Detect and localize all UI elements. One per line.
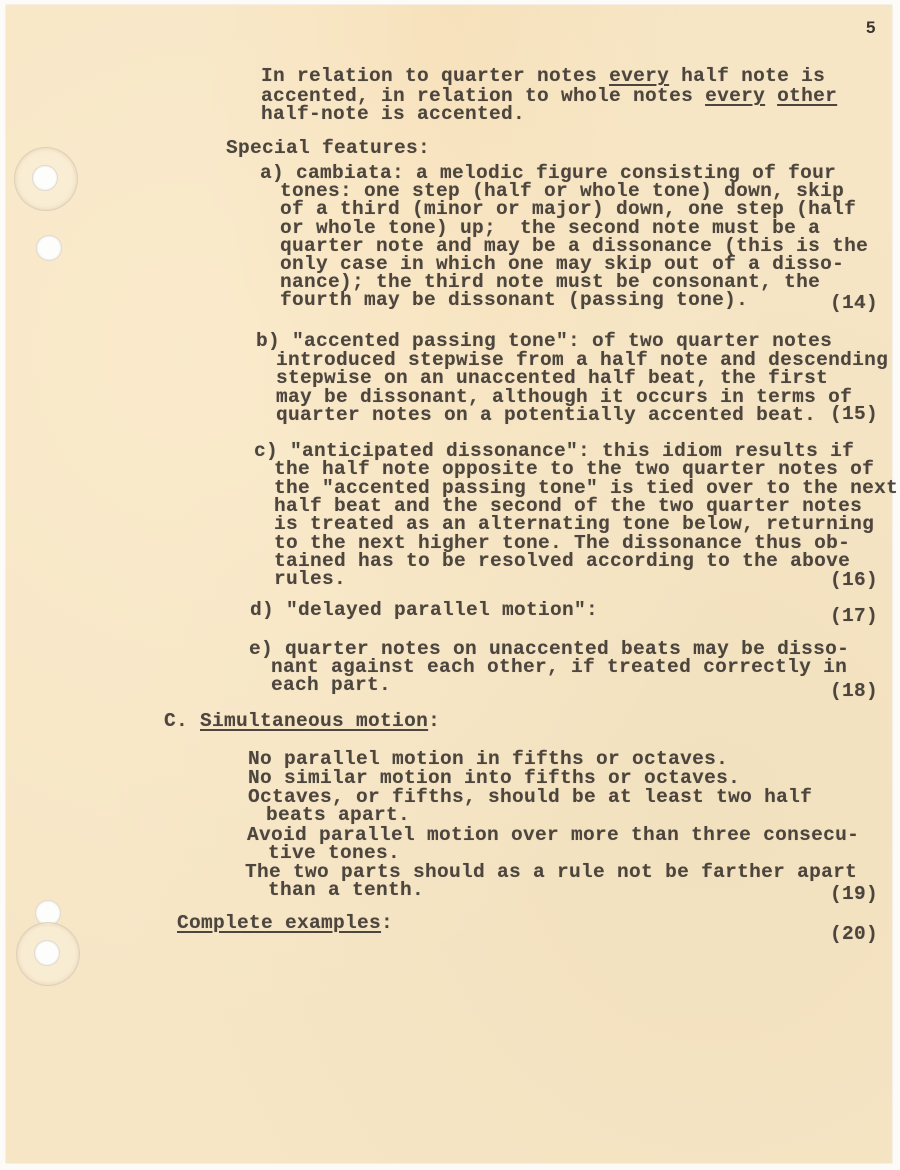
rule-line: beats apart. (266, 805, 410, 825)
underlined-word: every (609, 65, 669, 87)
heading-colon: : (381, 912, 393, 934)
feature-line: rules. (274, 569, 346, 589)
section-title: Simultaneous motion (200, 710, 428, 732)
intro-line: In relation to quarter notes every half … (261, 66, 825, 86)
intro-text (765, 85, 777, 107)
feature-line: each part. (271, 675, 391, 695)
complete-examples-heading: Complete examples: (177, 913, 393, 933)
rule-line: than a tenth. (268, 880, 424, 900)
intro-text: In relation to quarter notes (261, 65, 609, 87)
rule-line: tive tones. (268, 843, 400, 863)
rule-line: No parallel motion in fifths or octaves. (248, 749, 728, 769)
reference-number: (18) (830, 681, 878, 701)
punch-hole (32, 165, 58, 191)
rule-line: No similar motion into fifths or octaves… (248, 768, 740, 788)
reference-number: (15) (830, 404, 878, 424)
punch-hole (36, 235, 62, 261)
reference-number: (14) (830, 293, 878, 313)
underlined-word: every (705, 85, 765, 107)
feature-line: stepwise on an unaccented half beat, the… (276, 368, 828, 388)
special-features-heading: Special features: (226, 138, 430, 158)
underlined-word: other (777, 85, 837, 107)
intro-text: half note is (669, 65, 825, 87)
feature-line: fourth may be dissonant (passing tone). (280, 290, 748, 310)
punch-hole (34, 940, 60, 966)
feature-line: b) "accented passing tone": of two quart… (256, 331, 832, 351)
reference-number: (19) (830, 884, 878, 904)
section-label: C. (164, 710, 188, 732)
feature-line: tained has to be resolved according to t… (274, 551, 850, 571)
reference-number: (17) (830, 606, 878, 626)
page-number: 5 (866, 18, 875, 38)
heading-text: Complete examples (177, 912, 381, 934)
reference-number: (16) (830, 570, 878, 590)
feature-line: d) "delayed parallel motion": (250, 600, 598, 620)
section-c-heading: C. Simultaneous motion: (164, 711, 440, 731)
intro-line: half-note is accented. (261, 104, 525, 124)
section-colon: : (428, 710, 440, 732)
feature-line: quarter notes on a potentially accented … (276, 405, 816, 425)
reference-number: (20) (830, 924, 878, 944)
